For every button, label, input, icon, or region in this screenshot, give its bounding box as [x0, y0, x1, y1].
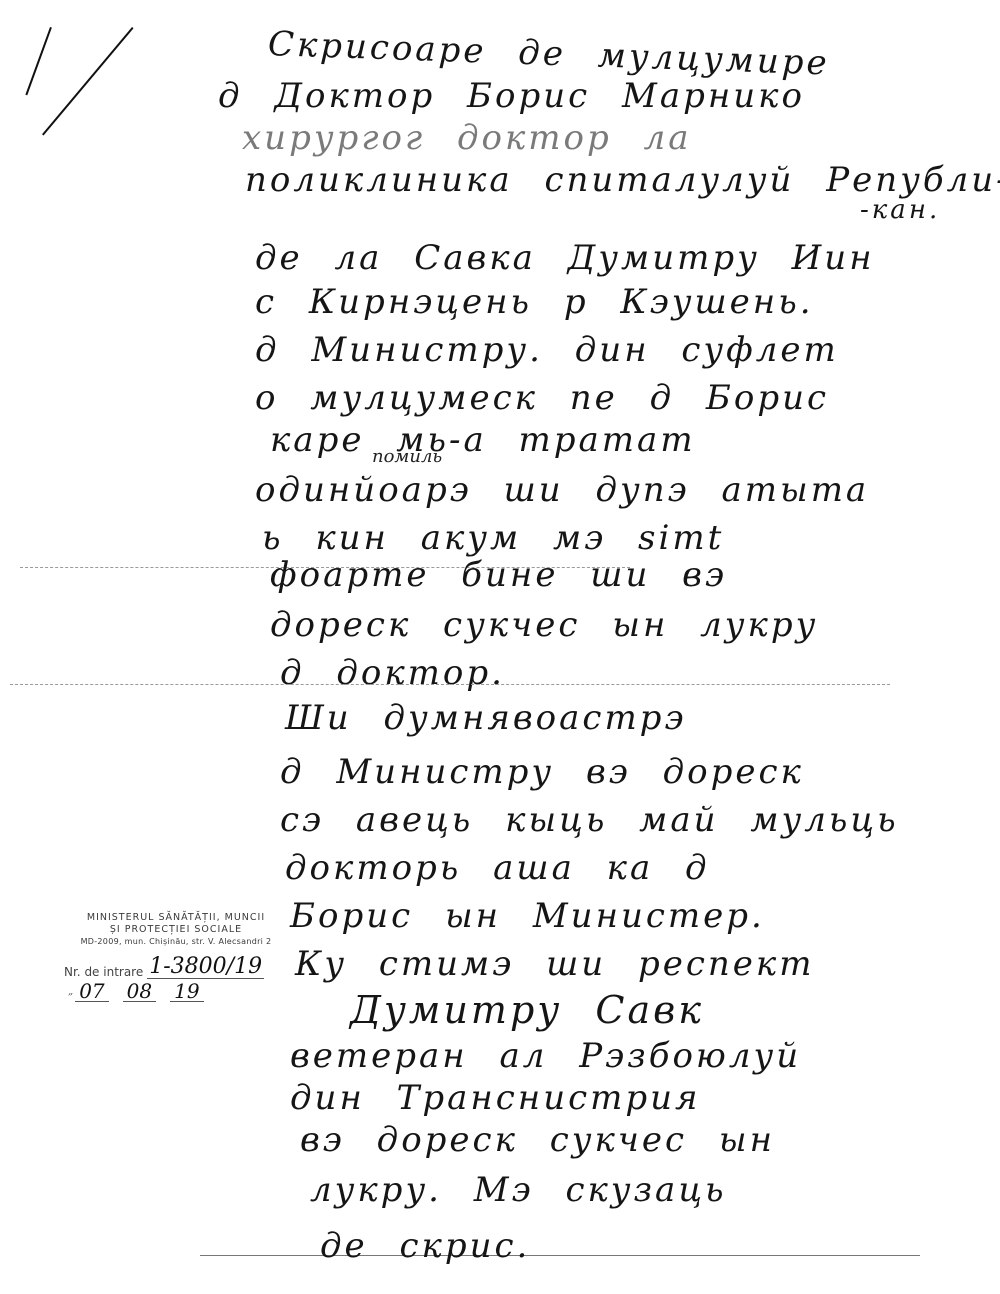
stamp-date-year: 19 [170, 981, 203, 1002]
letter-line: с Кирнэцень р Кэушень. [255, 282, 814, 322]
letter-line: де скрис. [320, 1226, 530, 1266]
signature: Думитру Савк [350, 990, 704, 1030]
margin-slash-mark [42, 27, 134, 136]
margin-slash-mark [25, 27, 52, 95]
letter-line: де ла Савка Думитру Иин [255, 238, 875, 278]
letter-line: Борис ын Министер. [290, 896, 765, 936]
letter-line: ь кин акум мэ simt [262, 518, 724, 558]
stamp-ministry-name: MINISTERUL SĂNĂTĂȚII, MUNCII [56, 912, 296, 924]
letter-line: одинйоарэ ши дупэ атыта [255, 470, 869, 510]
stamp-entry-number: 1-3800/19 [147, 956, 264, 979]
letter-line: сэ авець кыць май мульць [280, 800, 899, 840]
letter-line: д Министру вэ дореск [280, 752, 804, 792]
letter-line: дореск сукчес ын лукру [270, 605, 818, 645]
letter-line: Ши думнявоастрэ [285, 698, 687, 738]
letter-line: лукру. Мэ скузаць [310, 1170, 727, 1210]
stamp-date: „ 07 08 19 [68, 981, 296, 1002]
interlinear-insert: помиль [372, 446, 442, 467]
letter-line: дин Транснистрия [290, 1078, 701, 1118]
letter-line: хирургог доктор ла [242, 118, 692, 158]
stamp-date-month: 08 [123, 981, 156, 1002]
stamp-ministry-name-2: ȘI PROTECȚIEI SOCIALE [56, 924, 296, 936]
stamp-date-day: 07 [75, 981, 108, 1002]
scanned-letter-page: Скрисоаре де мулцумире д Доктор Борис Ма… [0, 0, 1000, 1294]
stamp-entry-label: Nr. de intrare [64, 965, 143, 979]
letter-line: Скрисоаре де мулцумире [267, 24, 830, 84]
letter-line: фоарте бине ши вэ [270, 555, 727, 595]
letter-line: Ку стимэ ши респект [295, 944, 814, 984]
letter-line: о мулцумеск пе д Борис [255, 378, 829, 418]
letter-line: ветеран ал Рэзбоюлуй [290, 1036, 801, 1076]
letter-line: -кан. [860, 190, 940, 230]
scan-artifact-rule [10, 684, 890, 685]
letter-line: д Министру. дин суфлет [255, 330, 839, 370]
registration-stamp: MINISTERUL SĂNĂTĂȚII, MUNCII ȘI PROTECȚI… [56, 912, 296, 1002]
letter-line: каре мь-а тратат [270, 420, 696, 460]
letter-line: вэ дореск сукчес ын [300, 1120, 775, 1160]
letter-line: докторь аша ка д [285, 848, 710, 888]
stamp-address: MD-2009, mun. Chișinău, str. V. Alecsand… [56, 936, 296, 948]
letter-line: д Доктор Борис Марнико [218, 76, 805, 116]
scan-artifact-rule [200, 1255, 920, 1256]
letter-line: д доктор. [280, 653, 505, 693]
